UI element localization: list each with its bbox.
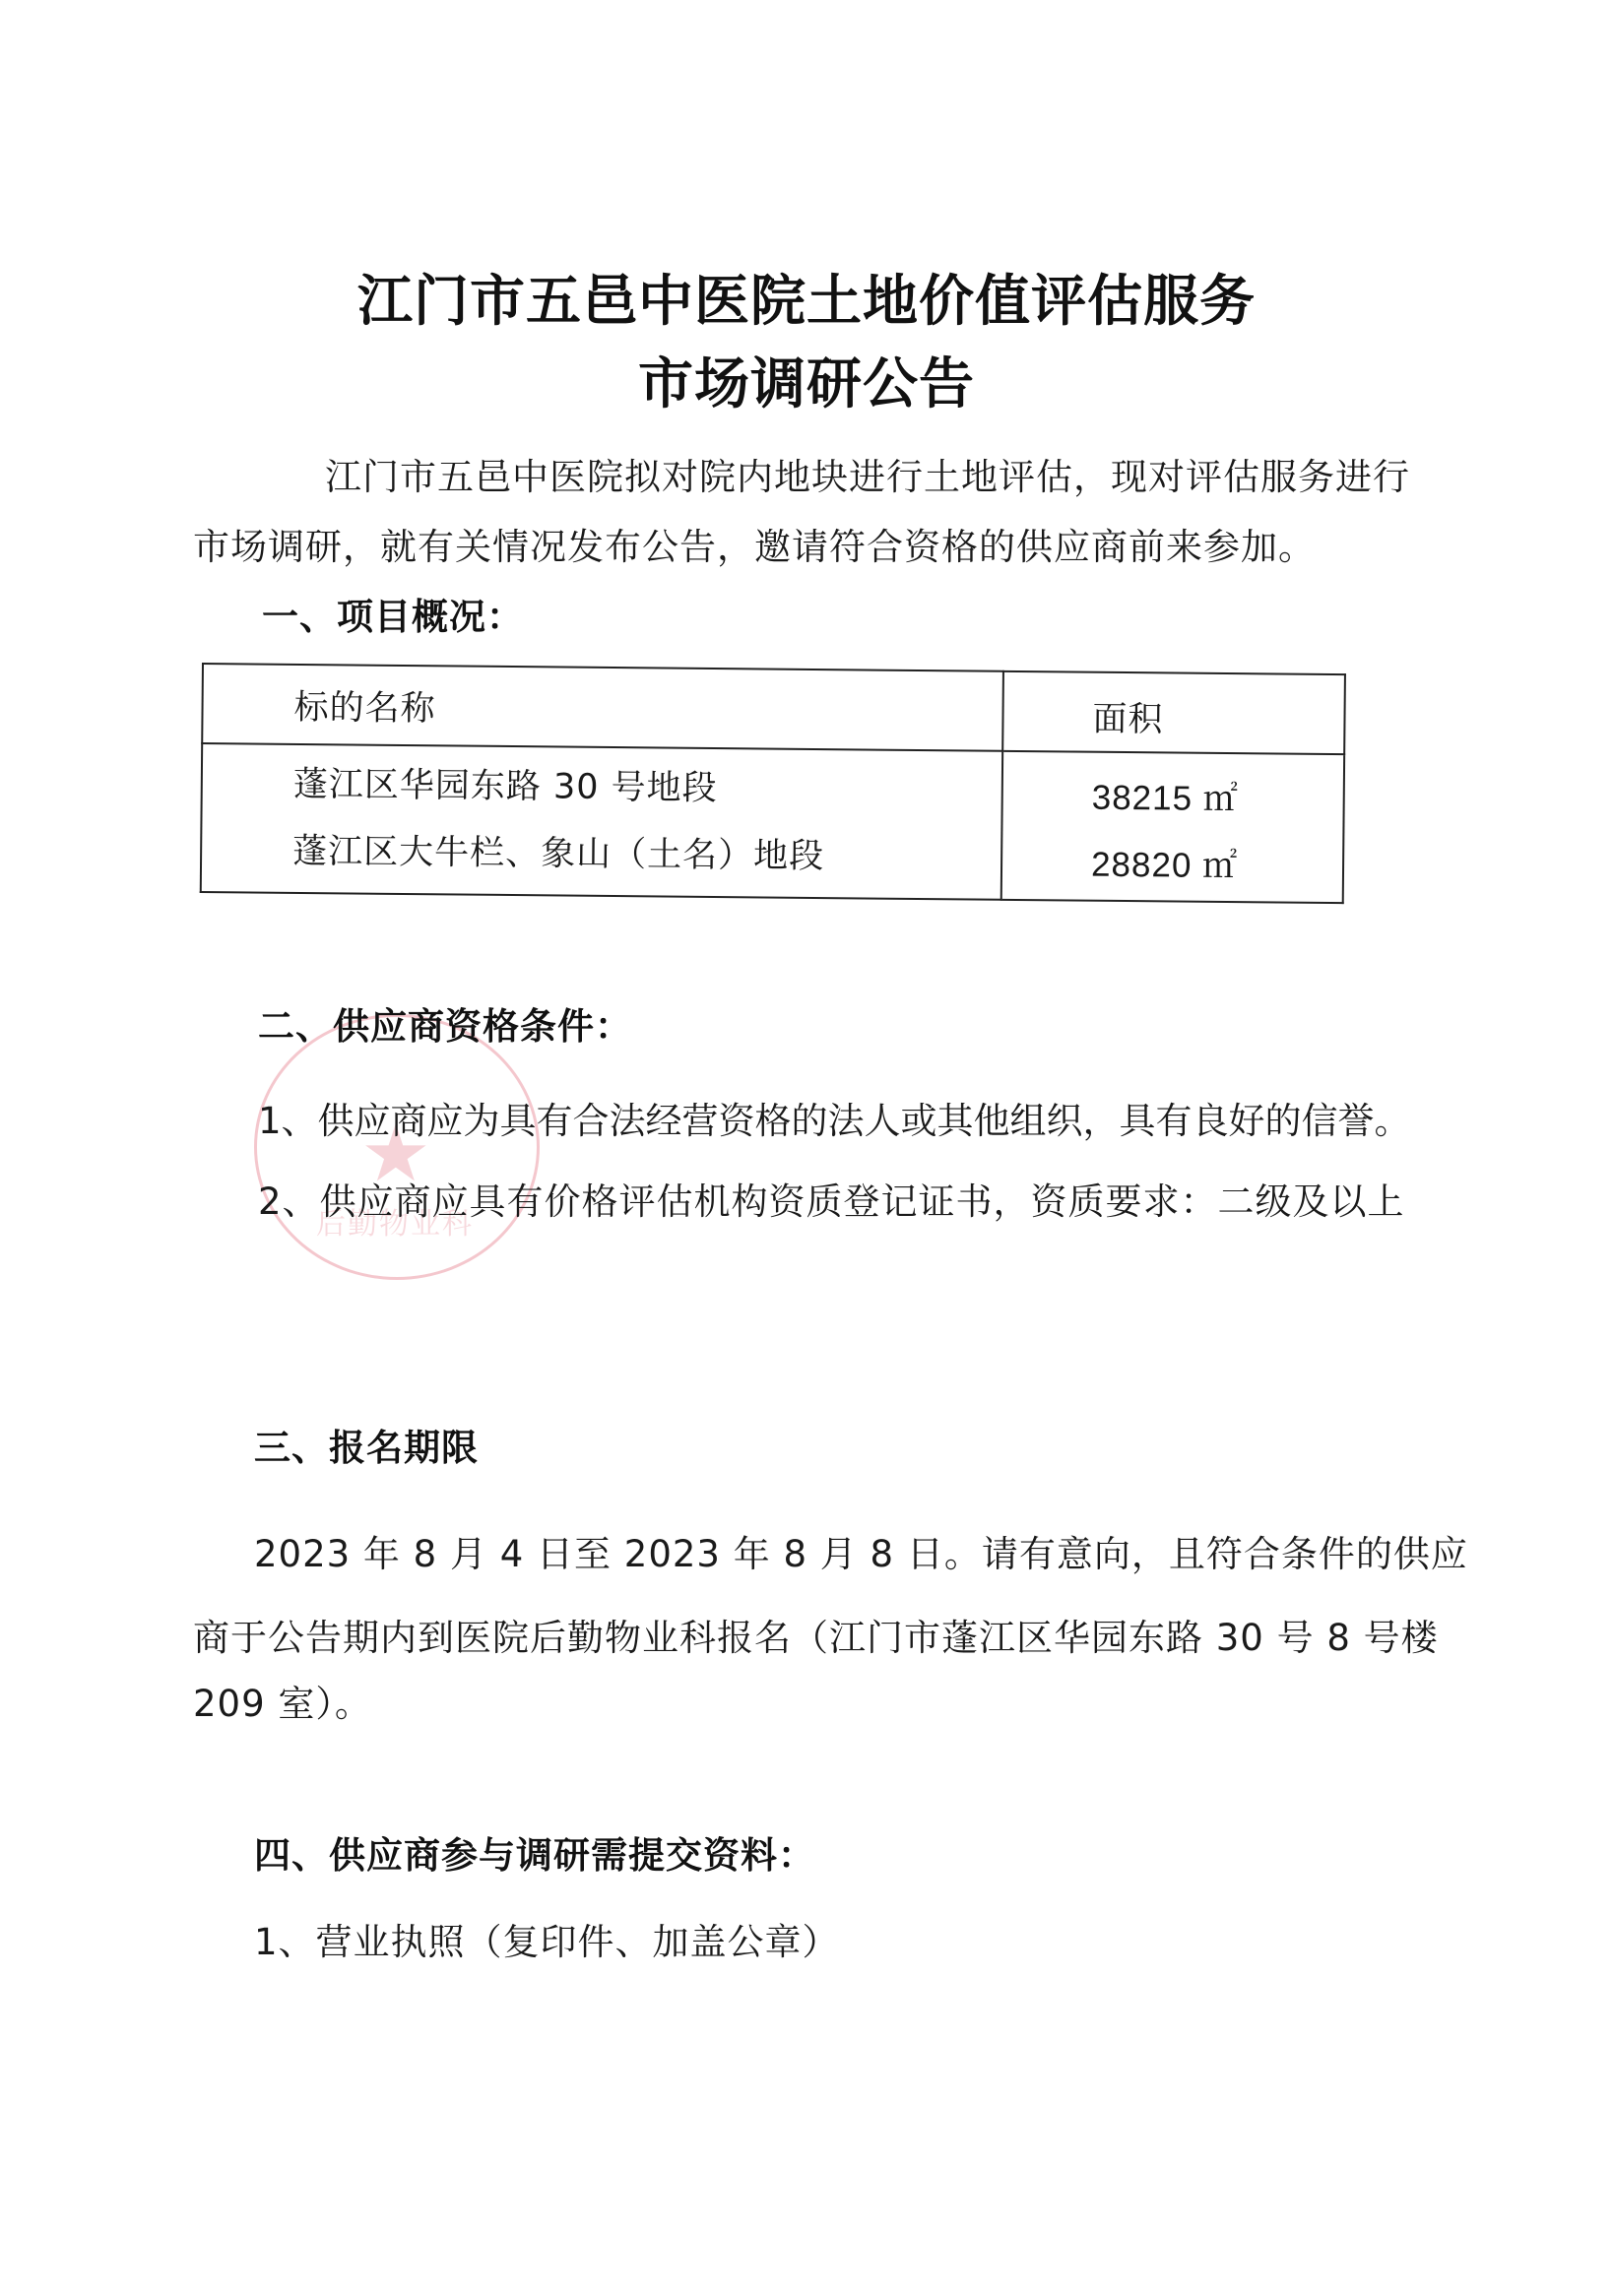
- section-3-heading: 三、报名期限: [254, 1418, 479, 1471]
- section-2-heading: 二、供应商资格条件：: [258, 996, 632, 1050]
- registration-period-line-3: 209 室）。: [193, 1674, 372, 1727]
- required-document-item-1: 1、营业执照（复印件、加盖公章）: [254, 1912, 840, 1965]
- area-cell: 38215 ㎡ 28820 ㎡: [1001, 751, 1344, 903]
- name-cell: 蓬江区华园东路 30 号地段 蓬江区大牛栏、象山（土名）地段: [201, 743, 1002, 900]
- project-overview-table: 标的名称 面积 蓬江区华园东路 30 号地段 蓬江区大牛栏、象山（土名）地段 3…: [200, 663, 1346, 904]
- header-cell-name: 标的名称: [202, 664, 1003, 751]
- intro-line-2: 市场调研，就有关情况发布公告，邀请符合资格的供应商前来参加。: [193, 517, 1316, 570]
- document-title-line1: 江门市五邑中医院土地价值评估服务: [0, 258, 1613, 337]
- table-row-2-area: 28820 ㎡: [1091, 832, 1342, 901]
- section-1-heading: 一、项目概况：: [262, 587, 524, 640]
- official-seal: ★ 后勤物业科: [254, 1014, 540, 1280]
- table-row-1-name: 蓬江区华园东路 30 号地段: [292, 751, 1000, 825]
- registration-period-line-2: 商于公告期内到医院后勤物业科报名（江门市蓬江区华园东路 30 号 8 号楼: [193, 1608, 1439, 1661]
- qualification-item-2: 2、供应商应具有价格评估机构资质登记证书，资质要求：二级及以上: [258, 1172, 1405, 1225]
- header-cell-area: 面积: [1002, 671, 1345, 754]
- table-row-1-area: 38215 ㎡: [1091, 765, 1342, 834]
- section-4-heading: 四、供应商参与调研需提交资料：: [254, 1825, 815, 1879]
- document-title-line2: 市场调研公告: [0, 341, 1613, 419]
- table-header-row: 标的名称 面积: [202, 664, 1345, 754]
- intro-line-1: 江门市五邑中医院拟对院内地块进行土地评估，现对评估服务进行: [325, 447, 1410, 500]
- table-body-row: 蓬江区华园东路 30 号地段 蓬江区大牛栏、象山（土名）地段 38215 ㎡ 2…: [201, 743, 1344, 903]
- qualification-item-1: 1、供应商应为具有合法经营资格的法人或其他组织，具有良好的信誉。: [258, 1091, 1411, 1144]
- registration-period-line-1: 2023 年 8 月 4 日至 2023 年 8 月 8 日。请有意向，且符合条…: [254, 1524, 1468, 1577]
- table-row-2-name: 蓬江区大牛栏、象山（土名）地段: [292, 818, 1000, 892]
